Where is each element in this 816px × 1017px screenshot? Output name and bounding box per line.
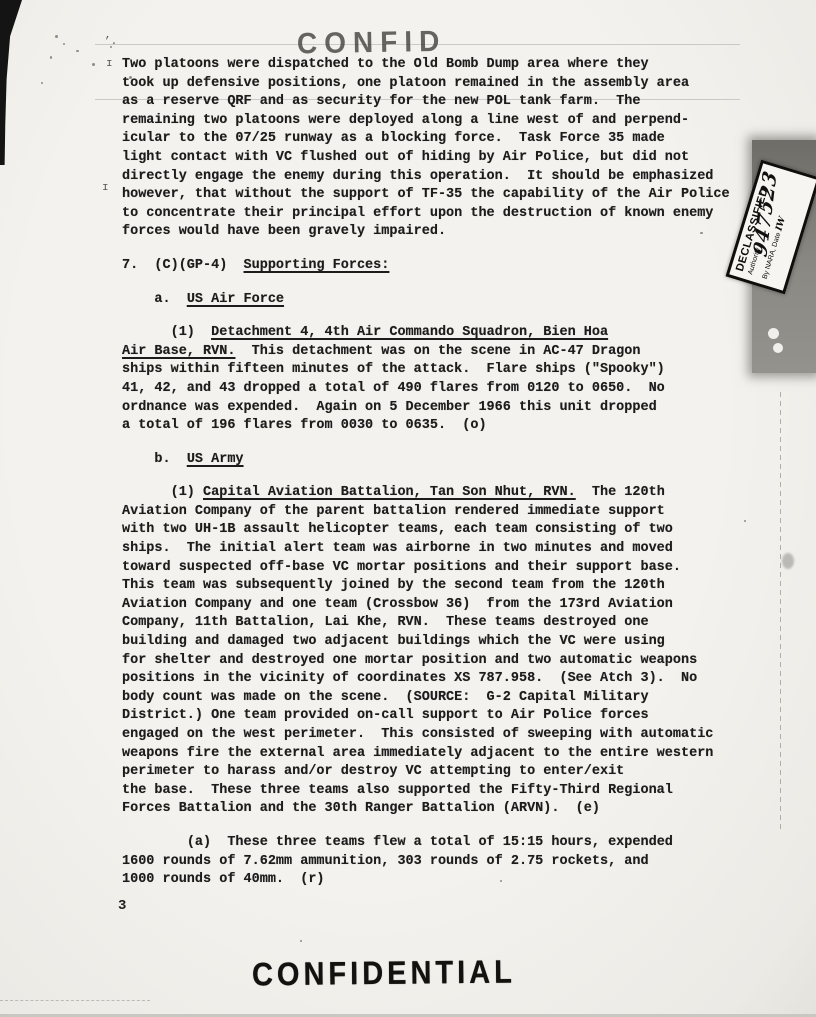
paragraph-b1a: (a) These three teams flew a total of 15…: [122, 834, 770, 890]
scan-speck: [63, 43, 65, 45]
subsection-b-heading: b. US Army: [122, 451, 770, 470]
paragraph-b1: (1) Capital Aviation Battalion, Tan Son …: [122, 484, 770, 819]
document-text: Two platoons were dispatched to the Old …: [122, 56, 770, 905]
scan-speck: [55, 35, 58, 38]
punch-hole: [773, 343, 783, 353]
scan-margin-mark: ɪ: [106, 58, 113, 70]
scan-fold-line: [780, 392, 781, 832]
page-number: 3: [118, 898, 126, 914]
scan-speck: [92, 63, 95, 66]
scan-speck: [41, 82, 43, 84]
scan-margin-mark: ’.: [104, 36, 117, 48]
scan-margin-mark: ɪ: [102, 182, 109, 194]
scan-speck: [76, 50, 79, 52]
scan-artifact-line: [0, 1000, 150, 1002]
scan-edge-shadow: [0, 0, 22, 165]
scan-speck: [300, 940, 302, 942]
declassified-by-initials: IW: [774, 216, 788, 233]
bottom-confidential-stamp: CONFIDENTIAL: [252, 955, 502, 995]
scan-speck: [50, 56, 52, 59]
scan-smudge: [782, 553, 794, 569]
paragraph-a1: (1) Detachment 4, 4th Air Commando Squad…: [122, 324, 770, 436]
scanned-document-page: { "page": { "number": "3" }, "stamps": {…: [0, 0, 816, 1017]
opening-paragraph: Two platoons were dispatched to the Old …: [122, 56, 770, 242]
subsection-a-heading: a. US Air Force: [122, 291, 770, 310]
section-7-heading: 7. (C)(GP-4) Supporting Forces:: [122, 257, 770, 276]
